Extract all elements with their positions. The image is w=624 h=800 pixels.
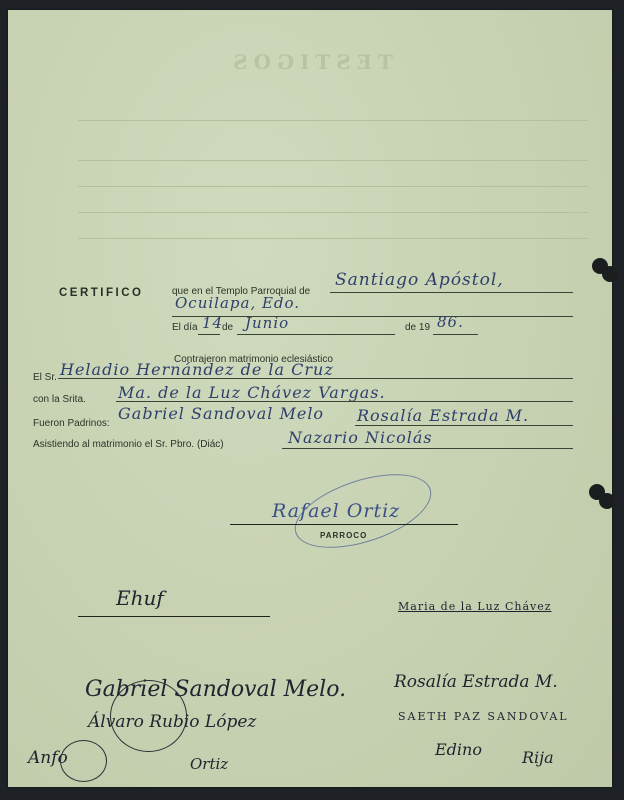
temple-value-line2: Ocuilapa, Edo.: [175, 294, 300, 312]
punch-hole: [599, 493, 615, 509]
temple-value-line1: Santiago Apóstol,: [335, 270, 504, 290]
priest-value: Nazario Nicolás: [288, 428, 433, 447]
day-label: El día: [172, 322, 198, 333]
certifico-heading: CERTIFICO: [59, 287, 143, 299]
groom-signature: Ehuf: [116, 586, 164, 610]
ghost-line: [78, 186, 588, 187]
year-line: [433, 334, 478, 335]
ghost-line: [78, 120, 588, 121]
parroco-line: [230, 524, 458, 525]
temple-line: [330, 292, 573, 293]
bride-signature: Maria de la Luz Chávez: [398, 600, 552, 613]
year-label: de 19: [405, 322, 430, 333]
month-label: de: [222, 322, 233, 333]
witness-signature-6: Edino: [435, 740, 482, 759]
groom-line: [58, 378, 573, 379]
witness-signature-7: Rija: [522, 748, 554, 767]
year-value: 86.: [437, 313, 464, 331]
bride-value: Ma. de la Luz Chávez Vargas.: [118, 383, 386, 402]
punch-hole: [602, 266, 618, 282]
godparents-value-2: Rosalía Estrada M.: [357, 406, 529, 425]
groom-label: El Sr.: [33, 372, 57, 383]
signature-flourish: [110, 680, 187, 752]
day-value: 14: [202, 314, 223, 332]
signature-flourish: [60, 740, 107, 782]
bride-label: con la Srita.: [33, 394, 86, 405]
groom-value: Heladio Hernández de la Cruz: [60, 360, 334, 379]
godparents-line: [355, 425, 573, 426]
ghost-line: [78, 212, 588, 213]
ghost-line: [78, 160, 588, 161]
godparents-label: Fueron Padrinos:: [33, 418, 110, 429]
ghost-heading-bleedthrough: TESTIGOS: [8, 50, 612, 74]
month-line: [237, 334, 395, 335]
witness-signature-4: SAETH PAZ SANDOVAL: [398, 710, 569, 723]
groom-signature-line: [78, 616, 270, 617]
parroco-label: PARROCO: [320, 531, 367, 540]
witness-signature-2: Rosalía Estrada M.: [394, 672, 558, 692]
temple-line-2: [172, 316, 573, 317]
day-line: [198, 334, 220, 335]
ghost-line: [78, 238, 588, 239]
bride-line: [116, 401, 573, 402]
witness-signature-5: Ortiz: [190, 755, 228, 773]
priest-label: Asistiendo al matrimonio el Sr. Pbro. (D…: [33, 439, 224, 450]
priest-line: [282, 448, 573, 449]
month-value: Junio: [245, 314, 289, 332]
godparents-value-1: Gabriel Sandoval Melo: [118, 404, 324, 423]
